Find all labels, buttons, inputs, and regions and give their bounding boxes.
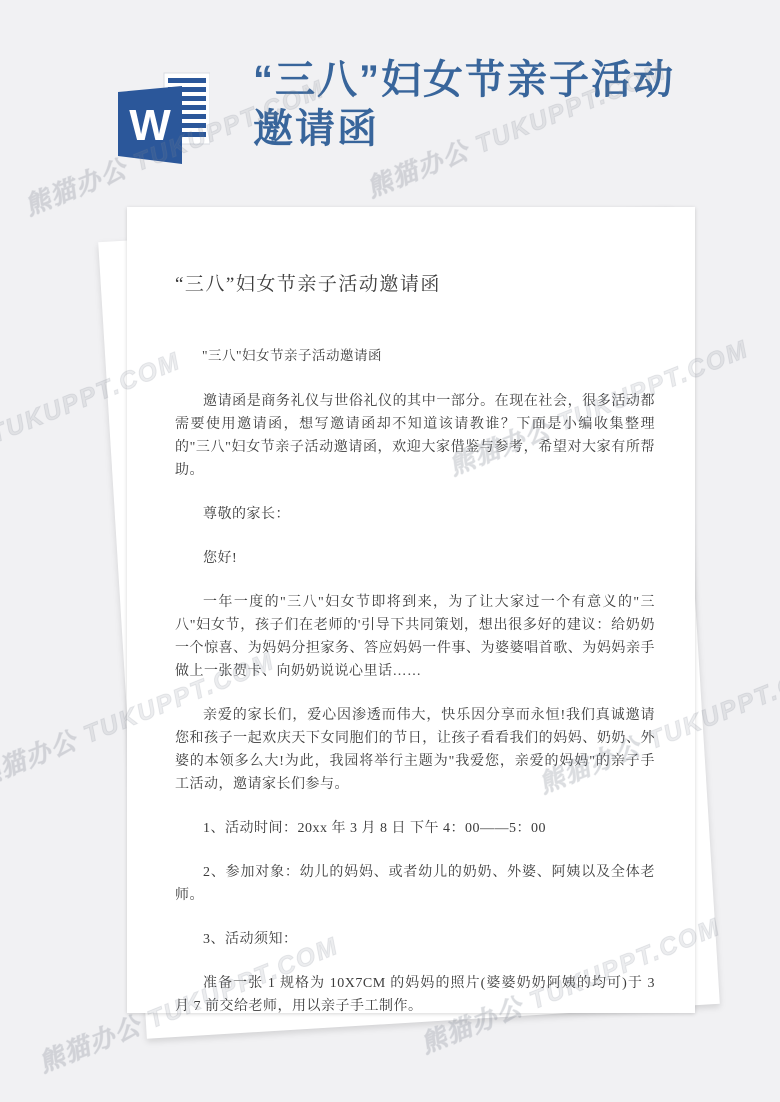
- document-list-item: 3、活动须知：: [175, 928, 655, 951]
- document-paragraph: 一年一度的"三八"妇女节即将到来，为了让大家过一个有意义的"三八"妇女节，孩子们…: [175, 591, 655, 683]
- document-paragraph: 亲爱的家长们，爱心因渗透而伟大，快乐因分享而永恒!我们真诚邀请您和孩子一起欢庆天…: [175, 704, 655, 796]
- document-list-item: 2、参加对象：幼儿的妈妈、或者幼儿的奶奶、外婆、阿姨以及全体老师。: [175, 861, 655, 907]
- document-salutation: 尊敬的家长：: [175, 503, 655, 526]
- document-greeting: 您好!: [175, 547, 655, 570]
- preview-screenshot: { "watermark": { "text": "熊猫办公 TUKUPPT.C…: [0, 0, 780, 1102]
- document-paragraph: 准备一张 1 规格为 10X7CM 的妈妈的照片(婆婆奶奶阿姨的均可)于 3 月…: [175, 972, 655, 1018]
- word-file-icon: W: [104, 64, 210, 168]
- document-title: “三八”妇女节亲子活动邀请函: [175, 269, 655, 296]
- document-subtitle: "三八"妇女节亲子活动邀请函: [175, 344, 655, 364]
- document-list-item: 1、活动时间：20xx 年 3 月 8 日 下午 4：00——5：00: [175, 817, 655, 840]
- page-title: “三八”妇女节亲子活动邀请函: [253, 56, 683, 154]
- word-icon-letter: W: [129, 101, 171, 150]
- document-page: “三八”妇女节亲子活动邀请函 "三八"妇女节亲子活动邀请函 邀请函是商务礼仪与世…: [127, 207, 695, 1013]
- document-paragraph: 邀请函是商务礼仪与世俗礼仪的其中一部分。在现在社会，很多活动都需要使用邀请函，想…: [175, 390, 655, 482]
- preview-stage: 熊猫办公 TUKUPPT.COM 熊猫办公 TUKUPPT.COM 熊猫办公 T…: [0, 0, 780, 1102]
